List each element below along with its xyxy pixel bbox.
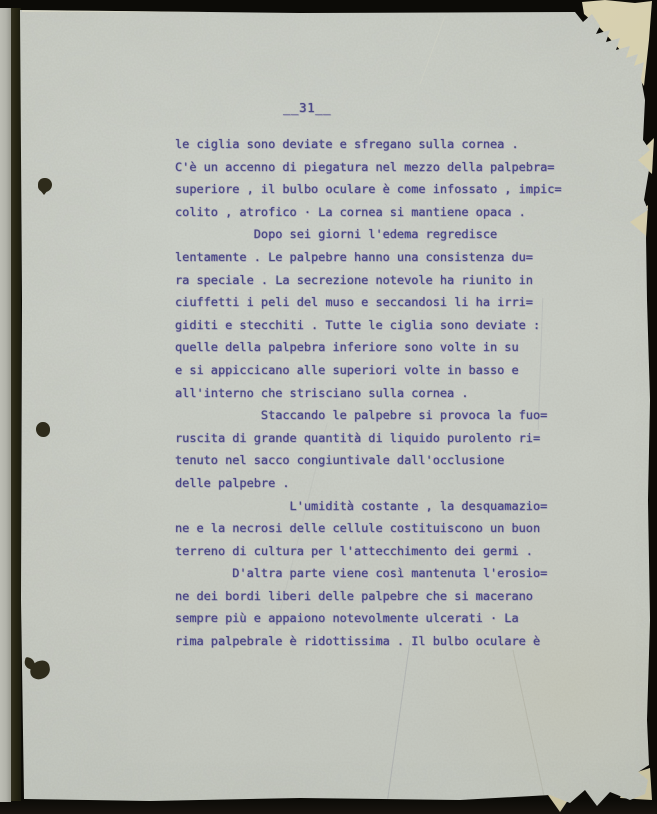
typewritten-line: Dopo sei giorni l'edema regredisce — [175, 223, 562, 246]
typewritten-line: ne dei bordi liberi delle palpebre che s… — [175, 585, 562, 608]
typewritten-line: rima palpebrale è ridottissima . Il bulb… — [175, 630, 562, 653]
typewritten-line: all'interno che strisciano sulla cornea … — [175, 382, 562, 405]
typewritten-line: ne e la necrosi delle cellule costituisc… — [175, 517, 562, 540]
typewritten-line: ciuffetti i peli del muso e seccandosi l… — [175, 291, 562, 314]
scanned-document-page: __31__ le ciglia sono deviate e sfregano… — [0, 0, 657, 814]
typewritten-line: sempre più e appaiono notevolmente ulcer… — [175, 607, 562, 630]
punch-hole-middle — [36, 422, 50, 437]
page-gap-shadow — [11, 8, 21, 801]
page-number: __31__ — [283, 100, 331, 115]
typewritten-line: colito , atrofico · La cornea si mantien… — [175, 201, 562, 224]
underlying-page-edge — [0, 8, 11, 802]
typewritten-line: giditi e stecchiti . Tutte le ciglia son… — [175, 314, 562, 337]
typewritten-line: L'umidità costante , la desquamazio= — [175, 495, 562, 518]
typewritten-line: terreno di cultura per l'attecchimento d… — [175, 540, 562, 563]
typewritten-line: ra speciale . La secrezione notevole ha … — [175, 269, 562, 292]
typewritten-line: tenuto nel sacco congiuntivale dall'occl… — [175, 449, 562, 472]
typewritten-text: le ciglia sono deviate e sfregano sulla … — [175, 133, 562, 653]
paper-sheet: __31__ le ciglia sono deviate e sfregano… — [0, 0, 657, 814]
typewritten-line: superiore , il bulbo oculare è come info… — [175, 178, 562, 201]
typewritten-line: quelle della palpebra inferiore sono vol… — [175, 336, 562, 359]
typewritten-line: Staccando le palpebre si provoca la fuo= — [175, 404, 562, 427]
typewritten-line: D'altra parte viene così mantenuta l'ero… — [175, 562, 562, 585]
typewritten-line: lentamente . Le palpebre hanno una consi… — [175, 246, 562, 269]
paper-top-edge-highlight — [22, 10, 574, 12]
typewritten-line: C'è un accenno di piegatura nel mezzo de… — [175, 156, 562, 179]
typewritten-line: e si appiccicano alle superiori volte in… — [175, 359, 562, 382]
typewritten-line: le ciglia sono deviate e sfregano sulla … — [175, 133, 562, 156]
typewritten-line: ruscita di grande quantità di liquido pu… — [175, 427, 562, 450]
typewritten-line: delle palpebre . — [175, 472, 562, 495]
punch-hole-top — [38, 178, 52, 192]
